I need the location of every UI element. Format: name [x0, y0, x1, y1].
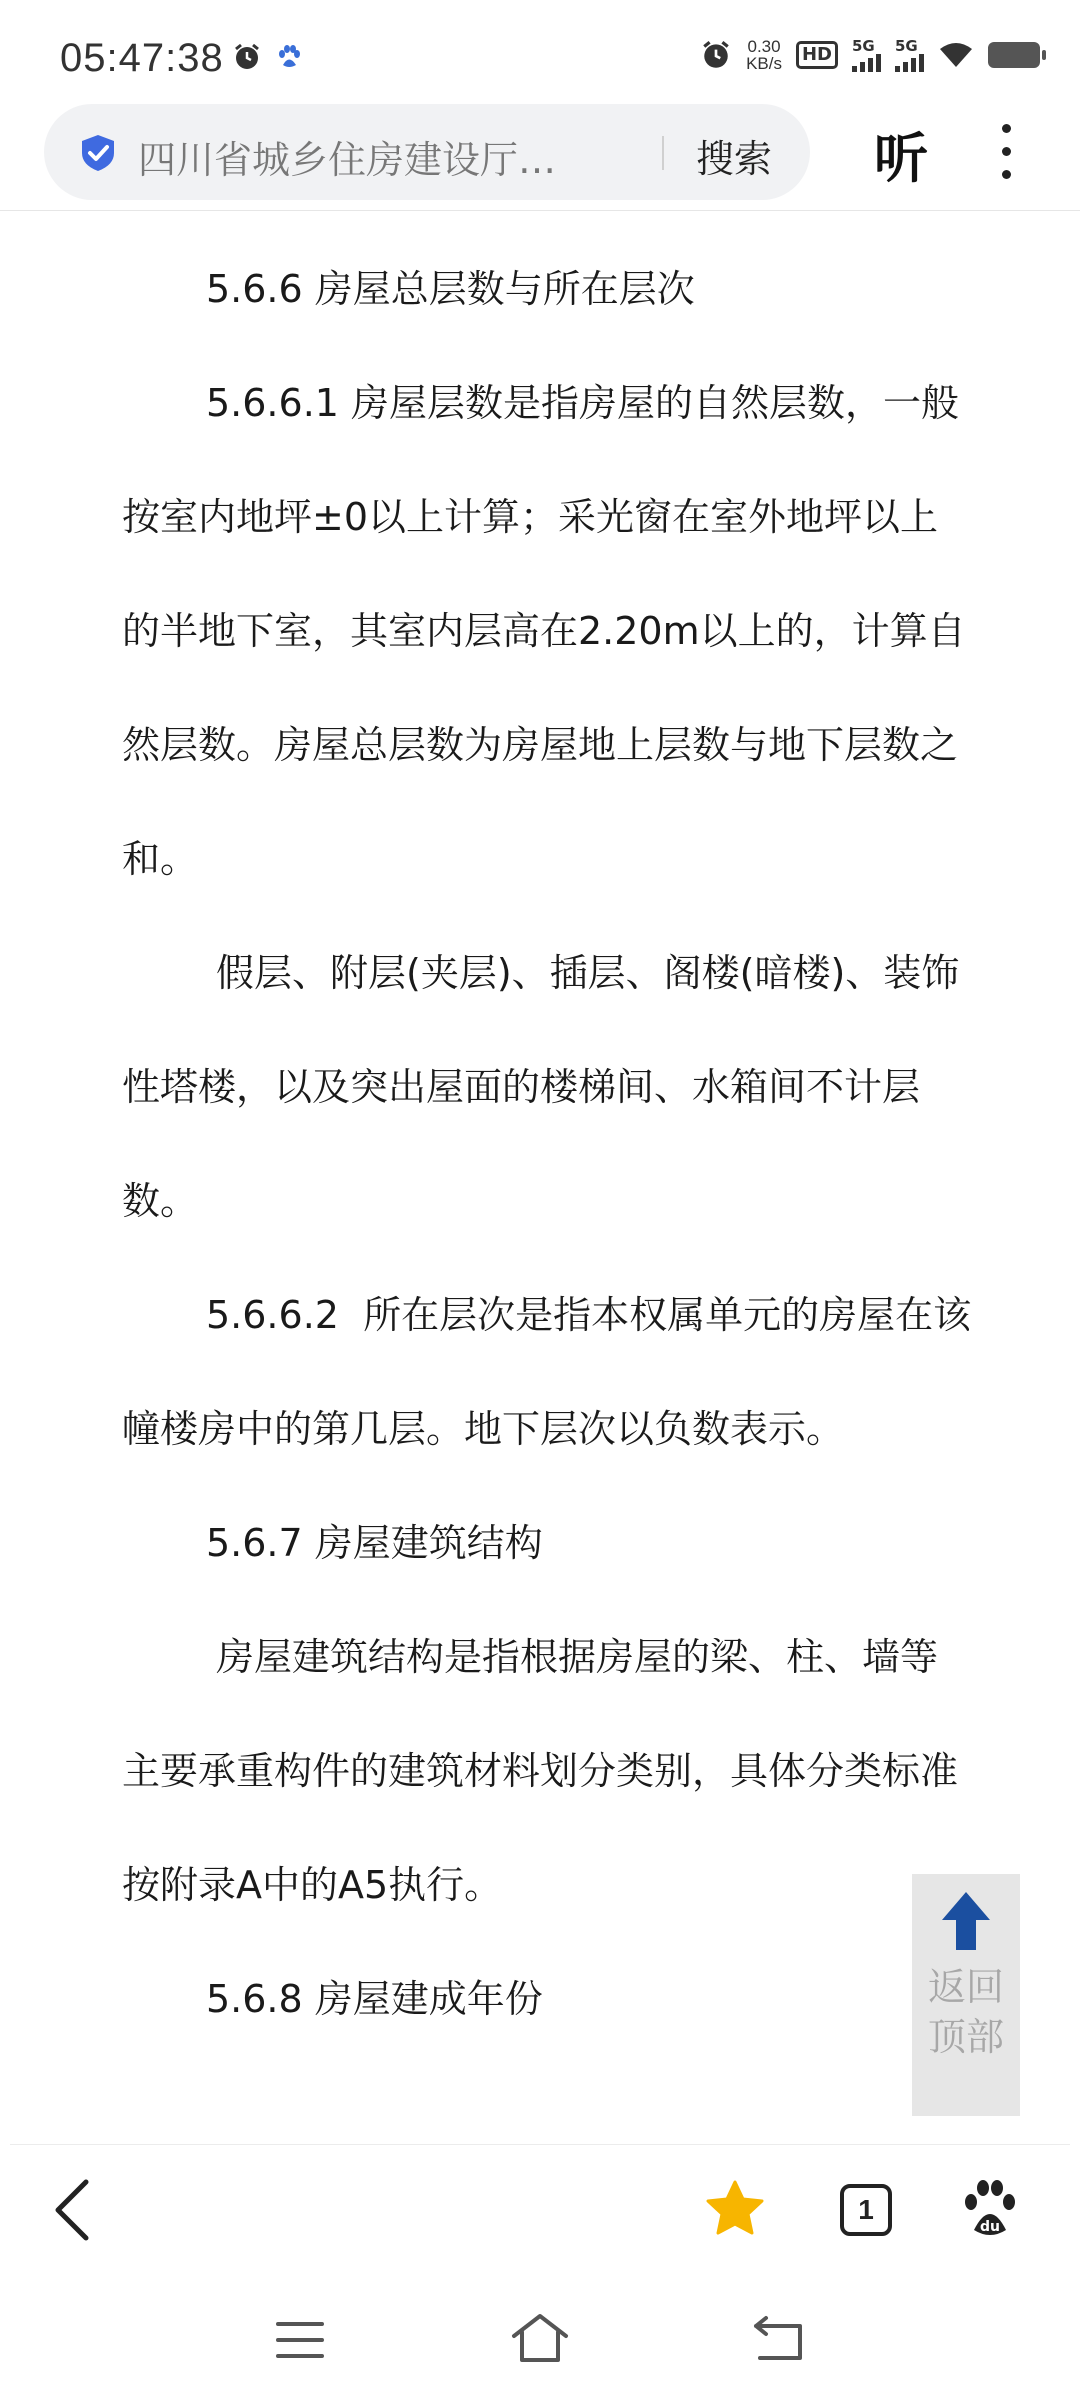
baidu-paw-icon[interactable]: du [962, 2178, 1018, 2240]
toolbar-divider [10, 2144, 1070, 2145]
star-icon[interactable] [706, 2180, 764, 2236]
paragraph: 假层、附层(夹层)、插层、阁楼(暗楼)、装饰性塔楼，以及突出屋面的楼梯间、水箱间… [122, 916, 972, 1258]
listen-button[interactable]: 听 [874, 116, 928, 193]
chevron-left-icon[interactable] [52, 2178, 92, 2242]
status-time: 05:47:38 [60, 36, 224, 81]
battery-icon [988, 42, 1040, 68]
address-bar[interactable]: 四川省城乡住房建设厅… 搜索 [44, 104, 810, 200]
menu-icon[interactable] [276, 2320, 324, 2360]
shield-check-icon [78, 133, 118, 173]
back-to-top-button[interactable]: 返回顶部 [912, 1874, 1020, 2116]
back-icon[interactable] [752, 2314, 804, 2362]
arrow-up-icon [940, 1890, 992, 1952]
section-heading: 5.6.7 房屋建筑结构 [122, 1486, 972, 1600]
signal-5g-icon: 5G [852, 39, 881, 72]
bottom-toolbar: 1 du [0, 2148, 1080, 2276]
paragraph: 5.6.6.2 所在层次是指本权属单元的房屋在该幢楼房中的第几层。地下层次以负数… [122, 1258, 972, 1486]
wifi-icon [938, 41, 974, 69]
section-heading: 5.6.6 房屋总层数与所在层次 [122, 232, 972, 346]
paragraph: 5.6.6.1 房屋层数是指房屋的自然层数，一般按室内地坪±0以上计算；采光窗在… [122, 346, 972, 916]
baidu-paw-icon [276, 44, 302, 70]
more-vertical-icon[interactable] [998, 124, 1014, 180]
tabs-button[interactable]: 1 [840, 2184, 892, 2236]
status-right-icons: 0.30 KB/s HD 5G 5G [700, 38, 1040, 72]
article-content: 5.6.6 房屋总层数与所在层次 5.6.6.1 房屋层数是指房屋的自然层数，一… [122, 232, 972, 2056]
header-divider [0, 210, 1080, 211]
svg-text:du: du [980, 2219, 1000, 2235]
section-heading: 5.6.8 房屋建成年份 [122, 1942, 972, 2056]
signal-5g-icon: 5G [895, 39, 924, 72]
alarm-icon [700, 39, 732, 71]
alarm-icon [232, 42, 262, 72]
url-text[interactable]: 四川省城乡住房建设厅… [138, 129, 556, 184]
home-icon[interactable] [510, 2312, 570, 2364]
paragraph: 房屋建筑结构是指根据房屋的梁、柱、墙等主要承重构件的建筑材料划分类别，具体分类标… [122, 1600, 972, 1942]
status-bar: 05:47:38 0.30 KB/s HD 5G 5G [0, 0, 1080, 108]
status-left-icons [232, 42, 302, 72]
back-to-top-label: 返回顶部 [926, 1962, 1006, 2062]
address-divider [662, 136, 664, 170]
system-nav-bar [0, 2290, 1080, 2400]
net-speed: 0.30 KB/s [746, 38, 782, 72]
hd-volte-icon: HD [796, 41, 838, 69]
search-button[interactable]: 搜索 [696, 128, 772, 183]
